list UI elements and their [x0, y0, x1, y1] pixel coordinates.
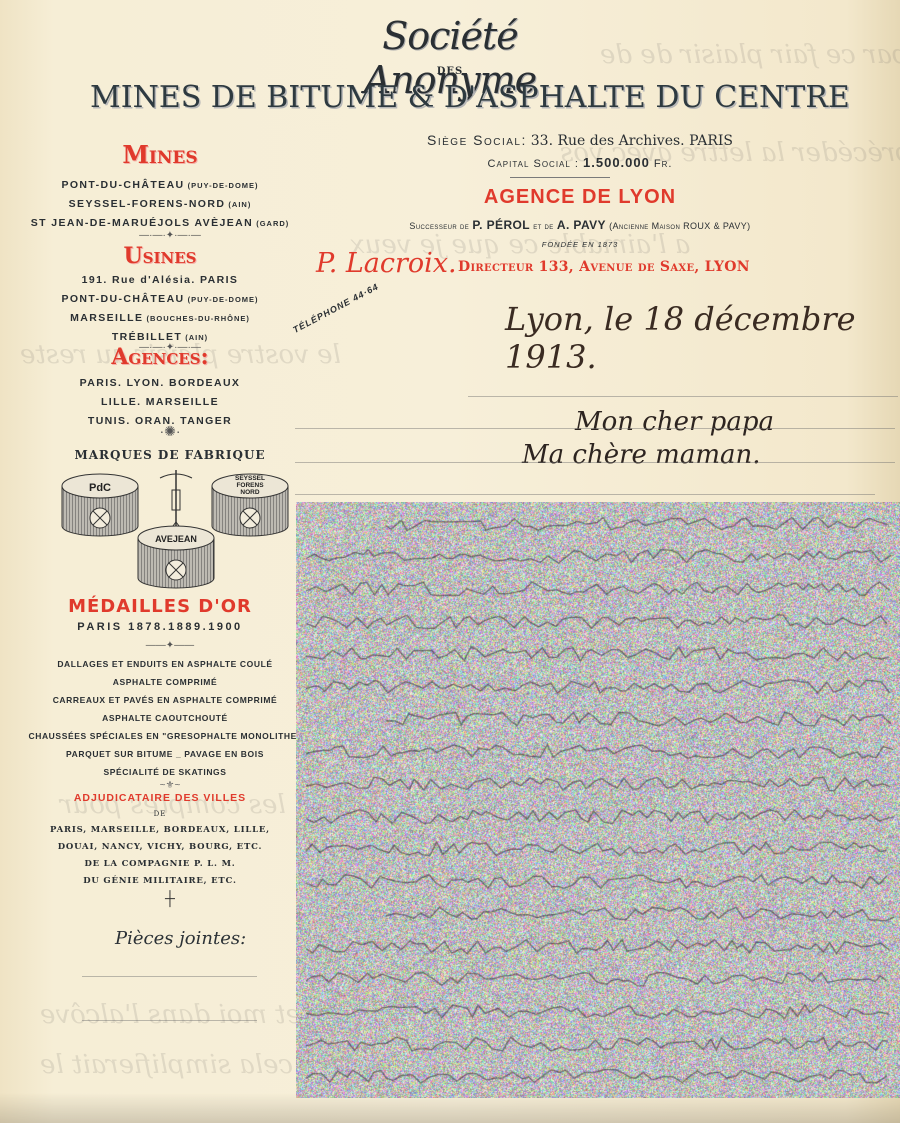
- product-item: DALLAGES ET ENDUITS EN ASPHALTE COULÉ: [25, 655, 305, 673]
- ruled-line: [468, 396, 898, 397]
- divider-ornament: ——✦——: [130, 640, 210, 651]
- svg-text:SEYSSEL: SEYSSEL: [235, 475, 265, 482]
- place-region: (AIN): [225, 200, 251, 209]
- agences-heading: Agences:: [20, 344, 300, 370]
- salutation-1: Mon cher papa: [575, 407, 774, 437]
- star-ornament: ·✺·: [140, 423, 200, 440]
- siege-social-label: Siège Social:: [427, 132, 527, 148]
- company-des: DES: [420, 66, 480, 77]
- trademark-illustration: PdC SEYSSEL FORENS NORD AVEJEAN: [60, 470, 290, 600]
- place-region: (GARD): [253, 219, 289, 228]
- svg-text:FORENS: FORENS: [236, 482, 264, 489]
- svg-text:NORD: NORD: [240, 489, 259, 496]
- adjudicataire-de: DE: [20, 810, 300, 818]
- pieces-line: [82, 976, 257, 977]
- mines-list: PONT-DU-CHÂTEAU (PUY-DE-DOME)SEYSSEL-FOR…: [20, 176, 300, 233]
- mines-heading: Mines: [20, 140, 300, 169]
- agency-title: AGENCE DE LYON: [320, 186, 840, 209]
- product-item: SPÉCIALITÉ DE SKATINGS: [25, 763, 305, 781]
- director-address: Directeur 133, Avenue de Saxe, LYON: [458, 259, 750, 275]
- capital-value: 1.500.000: [583, 155, 650, 170]
- product-item: CARREAUX ET PAVÉS EN ASPHALTE COMPRIMÉ: [25, 691, 305, 709]
- place-item: MARSEILLE (BOUCHES-DU-RHÔNE): [20, 309, 300, 328]
- place-name: SEYSSEL-FORENS-NORD: [69, 198, 226, 210]
- successor-prefix: Successeur de: [409, 221, 469, 231]
- place-region: (PUY-DE-DOME): [185, 181, 259, 190]
- divider-ornament: —·—·✦·—·—: [130, 230, 210, 241]
- marques-heading: MARQUES DE FABRIQUE: [45, 448, 295, 462]
- product-item: ASPHALTE CAOUTCHOUTÉ: [25, 709, 305, 727]
- obscured-letter-body: [296, 502, 900, 1098]
- bleed-through-text: cela simplifierait le: [40, 1050, 293, 1080]
- divider: [510, 177, 610, 178]
- successor-line: Successeur de P. PÉROL et de A. PAVY (An…: [320, 218, 840, 232]
- siege-social-value: 33. Rue des Archives. PARIS: [531, 133, 733, 149]
- place-date: Lyon, le 18 décembre 1913.: [505, 300, 900, 376]
- siege-social: Siège Social: 33. Rue des Archives. PARI…: [320, 132, 840, 149]
- place-name: 191. Rue d'Alésia. PARIS: [82, 274, 239, 286]
- adjudicataire-item: DU GÉNIE MILITAIRE, ETC.: [20, 873, 300, 890]
- agence-item: PARIS. LYON. BORDEAUX: [20, 374, 300, 393]
- adjudicataire-item: DE LA COMPAGNIE P. L. M.: [20, 856, 300, 873]
- place-name: ST JEAN-DE-MARUÉJOLS AVÈJEAN: [31, 217, 253, 229]
- products-list: DALLAGES ET ENDUITS EN ASPHALTE COULÉASP…: [25, 655, 305, 781]
- divider-ornament: ~⚜~: [130, 780, 210, 791]
- place-region: (AIN): [182, 333, 208, 342]
- successor-name-1: P. PÉROL: [472, 218, 530, 232]
- trademark-seyssel: SEYSSEL FORENS NORD: [212, 474, 288, 536]
- trademark-avejean: AVEJEAN: [138, 526, 214, 588]
- place-region: (BOUCHES-DU-RHÔNE): [143, 314, 250, 323]
- usines-list: 191. Rue d'Alésia. PARISPONT-DU-CHÂTEAU …: [20, 271, 300, 347]
- bleed-through-text: e et moi dans l'alcôve: [40, 1000, 325, 1030]
- svg-text:PdC: PdC: [89, 482, 111, 494]
- svg-text:AVEJEAN: AVEJEAN: [155, 534, 197, 544]
- adjudicataire-item: PARIS, MARSEILLE, BORDEAUX, LILLE,: [20, 822, 300, 839]
- cross-ornament: ┼: [140, 890, 200, 906]
- medailles-years: PARIS 1878.1889.1900: [20, 618, 300, 637]
- place-item: SEYSSEL-FORENS-NORD (AIN): [20, 195, 300, 214]
- product-item: ASPHALTE COMPRIMÉ: [25, 673, 305, 691]
- usines-heading: Usines: [20, 243, 300, 269]
- adjudicataire-list: PARIS, MARSEILLE, BORDEAUX, LILLE,DOUAI,…: [20, 822, 300, 890]
- capital-unit: Fr.: [654, 158, 673, 170]
- ruled-line: [295, 462, 895, 463]
- place-region: (PUY-DE-DOME): [185, 295, 259, 304]
- place-name: PONT-DU-CHÂTEAU: [61, 179, 184, 191]
- place-name: PONT-DU-CHÂTEAU: [61, 293, 184, 305]
- place-name: MARSEILLE: [70, 312, 143, 324]
- pieces-line: [82, 1020, 257, 1021]
- bleed-through-text: par ce fair plaisir de de: [600, 40, 900, 70]
- adjudicataire-heading: ADJUDICATAIRE DES VILLES: [20, 792, 300, 804]
- pieces-jointes-label: Pièces jointes:: [115, 928, 246, 949]
- product-item: CHAUSSÉES SPÉCIALES EN "GRESOPHALTE MONO…: [25, 727, 305, 745]
- director-signature: P. Lacroix.: [316, 248, 457, 279]
- salutation-2: Ma chère maman.: [522, 440, 760, 470]
- ruled-line: [295, 428, 895, 429]
- ornament-cross: [160, 470, 192, 530]
- capital-label: Capital Social :: [488, 158, 579, 170]
- successor-and: et de: [533, 221, 554, 231]
- medailles-heading: MÉDAILLES D'OR: [20, 596, 300, 617]
- trademark-pdc: PdC: [62, 474, 138, 536]
- place-item: 191. Rue d'Alésia. PARIS: [20, 271, 300, 290]
- agence-item: LILLE. MARSEILLE: [20, 393, 300, 412]
- place-item: PONT-DU-CHÂTEAU (PUY-DE-DOME): [20, 176, 300, 195]
- ruled-line: [295, 494, 875, 495]
- place-item: PONT-DU-CHÂTEAU (PUY-DE-DOME): [20, 290, 300, 309]
- capital-social: Capital Social : 1.500.000 Fr.: [320, 155, 840, 170]
- company-name: MINES DE BITUME & D'ASPHALTE DU CENTRE: [90, 80, 820, 115]
- successor-name-2: A. PAVY: [557, 218, 606, 232]
- successor-paren: (Ancienne Maison ROUX & PAVY): [609, 221, 750, 231]
- adjudicataire-item: DOUAI, NANCY, VICHY, BOURG, ETC.: [20, 839, 300, 856]
- product-item: PARQUET SUR BITUME _ PAVAGE EN BOIS: [25, 745, 305, 763]
- page-edge-shadow: [0, 1093, 900, 1123]
